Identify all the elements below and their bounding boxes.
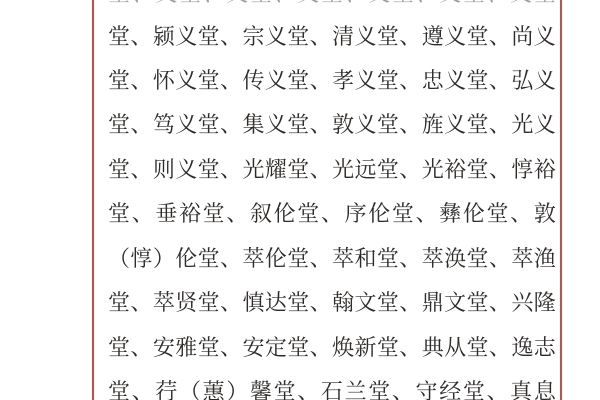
right-border-line <box>560 0 562 400</box>
hall-names-row-2: 堂、怀义堂、传义堂、孝义堂、忠义堂、弘义 <box>108 68 556 95</box>
hall-names-row-1: 堂、颍义堂、宗义堂、清义堂、遵义堂、尚义 <box>108 24 556 51</box>
hall-names-row-5: 堂、垂裕堂、叙伦堂、序伦堂、彝伦堂、敦 <box>108 201 556 228</box>
hall-names-row-3: 堂、笃义堂、集义堂、敦义堂、旌义堂、光义 <box>108 112 556 139</box>
article-text-panel: 堂、义堂、义堂、义堂、义堂、义堂、义堂 堂、颍义堂、宗义堂、清义堂、遵义堂、尚义… <box>0 0 600 400</box>
hall-names-row-7: 堂、萃贤堂、慎达堂、翰文堂、鼎文堂、兴隆 <box>108 290 556 317</box>
hall-names-row-4: 堂、则义堂、光耀堂、光远堂、光裕堂、惇裕 <box>108 157 556 184</box>
left-border-line <box>92 0 94 400</box>
hall-names-row-bottom-clipped: 堂、荇（蕙）馨堂、石兰堂、守经堂、真息 <box>108 379 556 400</box>
hall-names-row-6: （惇）伦堂、萃伦堂、萃和堂、萃涣堂、萃渔 <box>108 246 556 273</box>
hall-names-row-top-clipped: 堂、义堂、义堂、义堂、义堂、义堂、义堂 <box>108 0 556 8</box>
hall-names-row-8: 堂、安雅堂、安定堂、焕新堂、典从堂、逸志 <box>108 335 556 362</box>
